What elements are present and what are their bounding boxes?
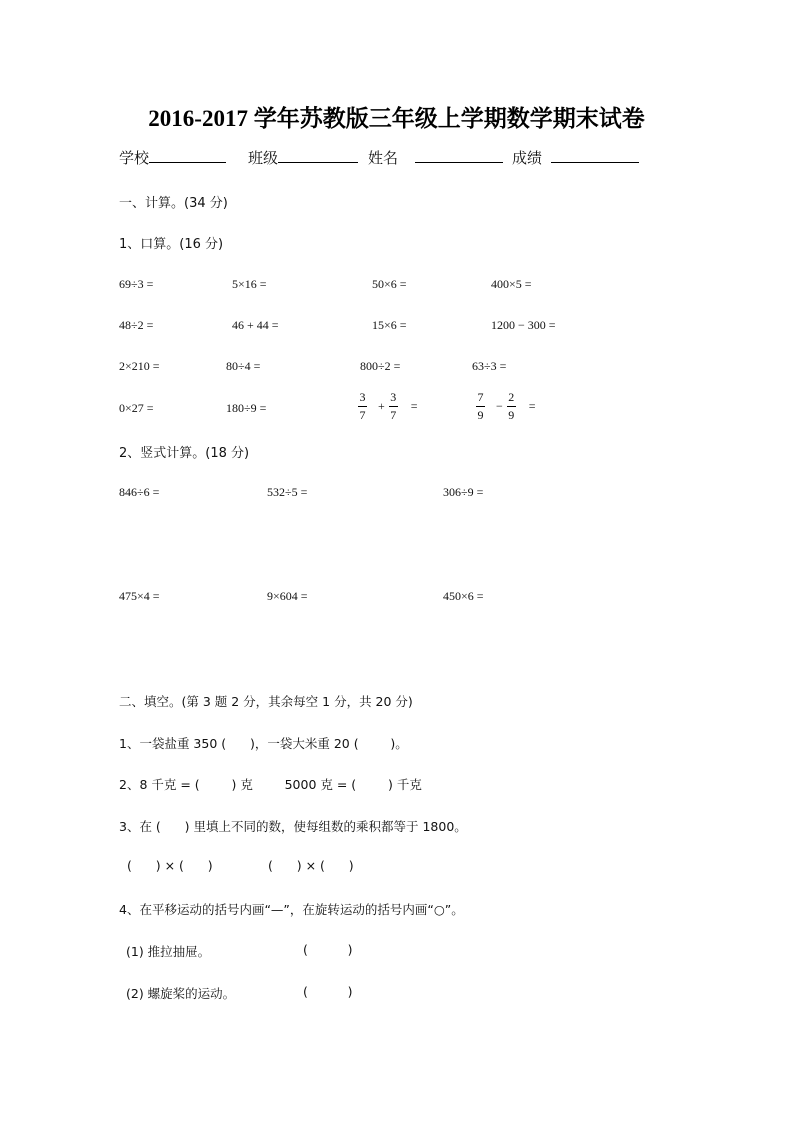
- oral-expr: 800÷2 =: [360, 359, 400, 374]
- oral-expr: 63÷3 =: [472, 359, 506, 374]
- class-label: 班级: [248, 149, 278, 167]
- section2-heading: 二、填空。(第 3 题 2 分，其余每空 1 分，共 20 分): [119, 692, 413, 710]
- oral-expr: 2×210 =: [119, 359, 160, 374]
- vertical-calc-expr: 846÷6 =: [119, 485, 159, 500]
- fraction-bar: [389, 406, 398, 407]
- class-field[interactable]: 班级: [248, 147, 358, 168]
- oral-expr: 180÷9 =: [226, 401, 266, 416]
- oral-expr: 15×6 =: [372, 318, 407, 333]
- motion-item-blank[interactable]: ( ): [303, 942, 353, 957]
- numerator: 7: [478, 390, 484, 405]
- page-title: 2016-2017 学年苏教版三年级上学期数学期末试卷: [0, 100, 793, 133]
- vertical-calc-expr: 9×604 =: [267, 589, 308, 604]
- fraction: 2 9: [507, 390, 516, 423]
- fraction: 3 7: [358, 390, 367, 423]
- school-blank[interactable]: [149, 148, 226, 163]
- operator: −: [496, 399, 503, 414]
- operator: +: [378, 399, 385, 414]
- equals: =: [411, 399, 418, 414]
- school-field[interactable]: 学校: [119, 147, 226, 168]
- fraction-bar: [476, 406, 485, 407]
- fill-question-2: 2、8 千克 = ( ) 克 5000 克 = ( ) 千克: [119, 775, 422, 793]
- fill-question-4: 4、在平移运动的括号内画“—”，在旋转运动的括号内画“○”。: [119, 900, 464, 918]
- oral-expr: 50×6 =: [372, 277, 407, 292]
- vertical-calc-expr: 532÷5 =: [267, 485, 307, 500]
- oral-expr: 48÷2 =: [119, 318, 153, 333]
- score-field[interactable]: 成绩: [512, 147, 639, 168]
- vertical-calc-expr: 475×4 =: [119, 589, 160, 604]
- fraction-bar: [358, 406, 367, 407]
- motion-item-blank[interactable]: ( ): [303, 984, 353, 999]
- oral-expr: 69÷3 =: [119, 277, 153, 292]
- oral-expr: 0×27 =: [119, 401, 154, 416]
- product-blank-2[interactable]: ( ) × ( ): [268, 858, 354, 873]
- equals: =: [529, 399, 536, 414]
- part1-heading: 1、口算。(16 分): [119, 233, 223, 252]
- product-blank-1[interactable]: ( ) × ( ): [127, 858, 213, 873]
- class-blank[interactable]: [278, 148, 358, 163]
- vertical-calc-expr: 450×6 =: [443, 589, 484, 604]
- denominator: 9: [508, 408, 514, 423]
- denominator: 7: [360, 408, 366, 423]
- oral-expr: 1200 − 300 =: [491, 318, 556, 333]
- fill-question-3: 3、在 ( ) 里填上不同的数，使每组数的乘积都等于 1800。: [119, 817, 467, 835]
- fill-question-1: 1、一袋盐重 350 ( )，一袋大米重 20 ( )。: [119, 734, 408, 752]
- name-blank[interactable]: [415, 148, 503, 163]
- denominator: 9: [478, 408, 484, 423]
- oral-expr: 5×16 =: [232, 277, 267, 292]
- numerator: 2: [508, 390, 514, 405]
- oral-expr: 46 + 44 =: [232, 318, 279, 333]
- fraction-bar: [507, 406, 516, 407]
- motion-item-label: (1) 推拉抽屉。: [126, 942, 210, 960]
- fraction-expr: 3 7 + 3 7 =: [358, 390, 421, 423]
- section1-heading: 一、计算。(34 分): [119, 192, 228, 211]
- denominator: 7: [390, 408, 396, 423]
- name-field[interactable]: 姓名: [368, 147, 503, 168]
- fraction-expr: 7 9 − 2 9 =: [476, 390, 539, 423]
- score-blank[interactable]: [551, 148, 639, 163]
- numerator: 3: [390, 390, 396, 405]
- score-label: 成绩: [512, 149, 542, 167]
- vertical-calc-expr: 306÷9 =: [443, 485, 483, 500]
- part2-heading: 2、竖式计算。(18 分): [119, 442, 249, 461]
- school-label: 学校: [119, 149, 149, 167]
- numerator: 3: [360, 390, 366, 405]
- fraction: 3 7: [389, 390, 398, 423]
- oral-expr: 400×5 =: [491, 277, 532, 292]
- oral-expr: 80÷4 =: [226, 359, 260, 374]
- fraction: 7 9: [476, 390, 485, 423]
- name-label: 姓名: [368, 149, 398, 167]
- motion-item-label: (2) 螺旋桨的运动。: [126, 984, 235, 1002]
